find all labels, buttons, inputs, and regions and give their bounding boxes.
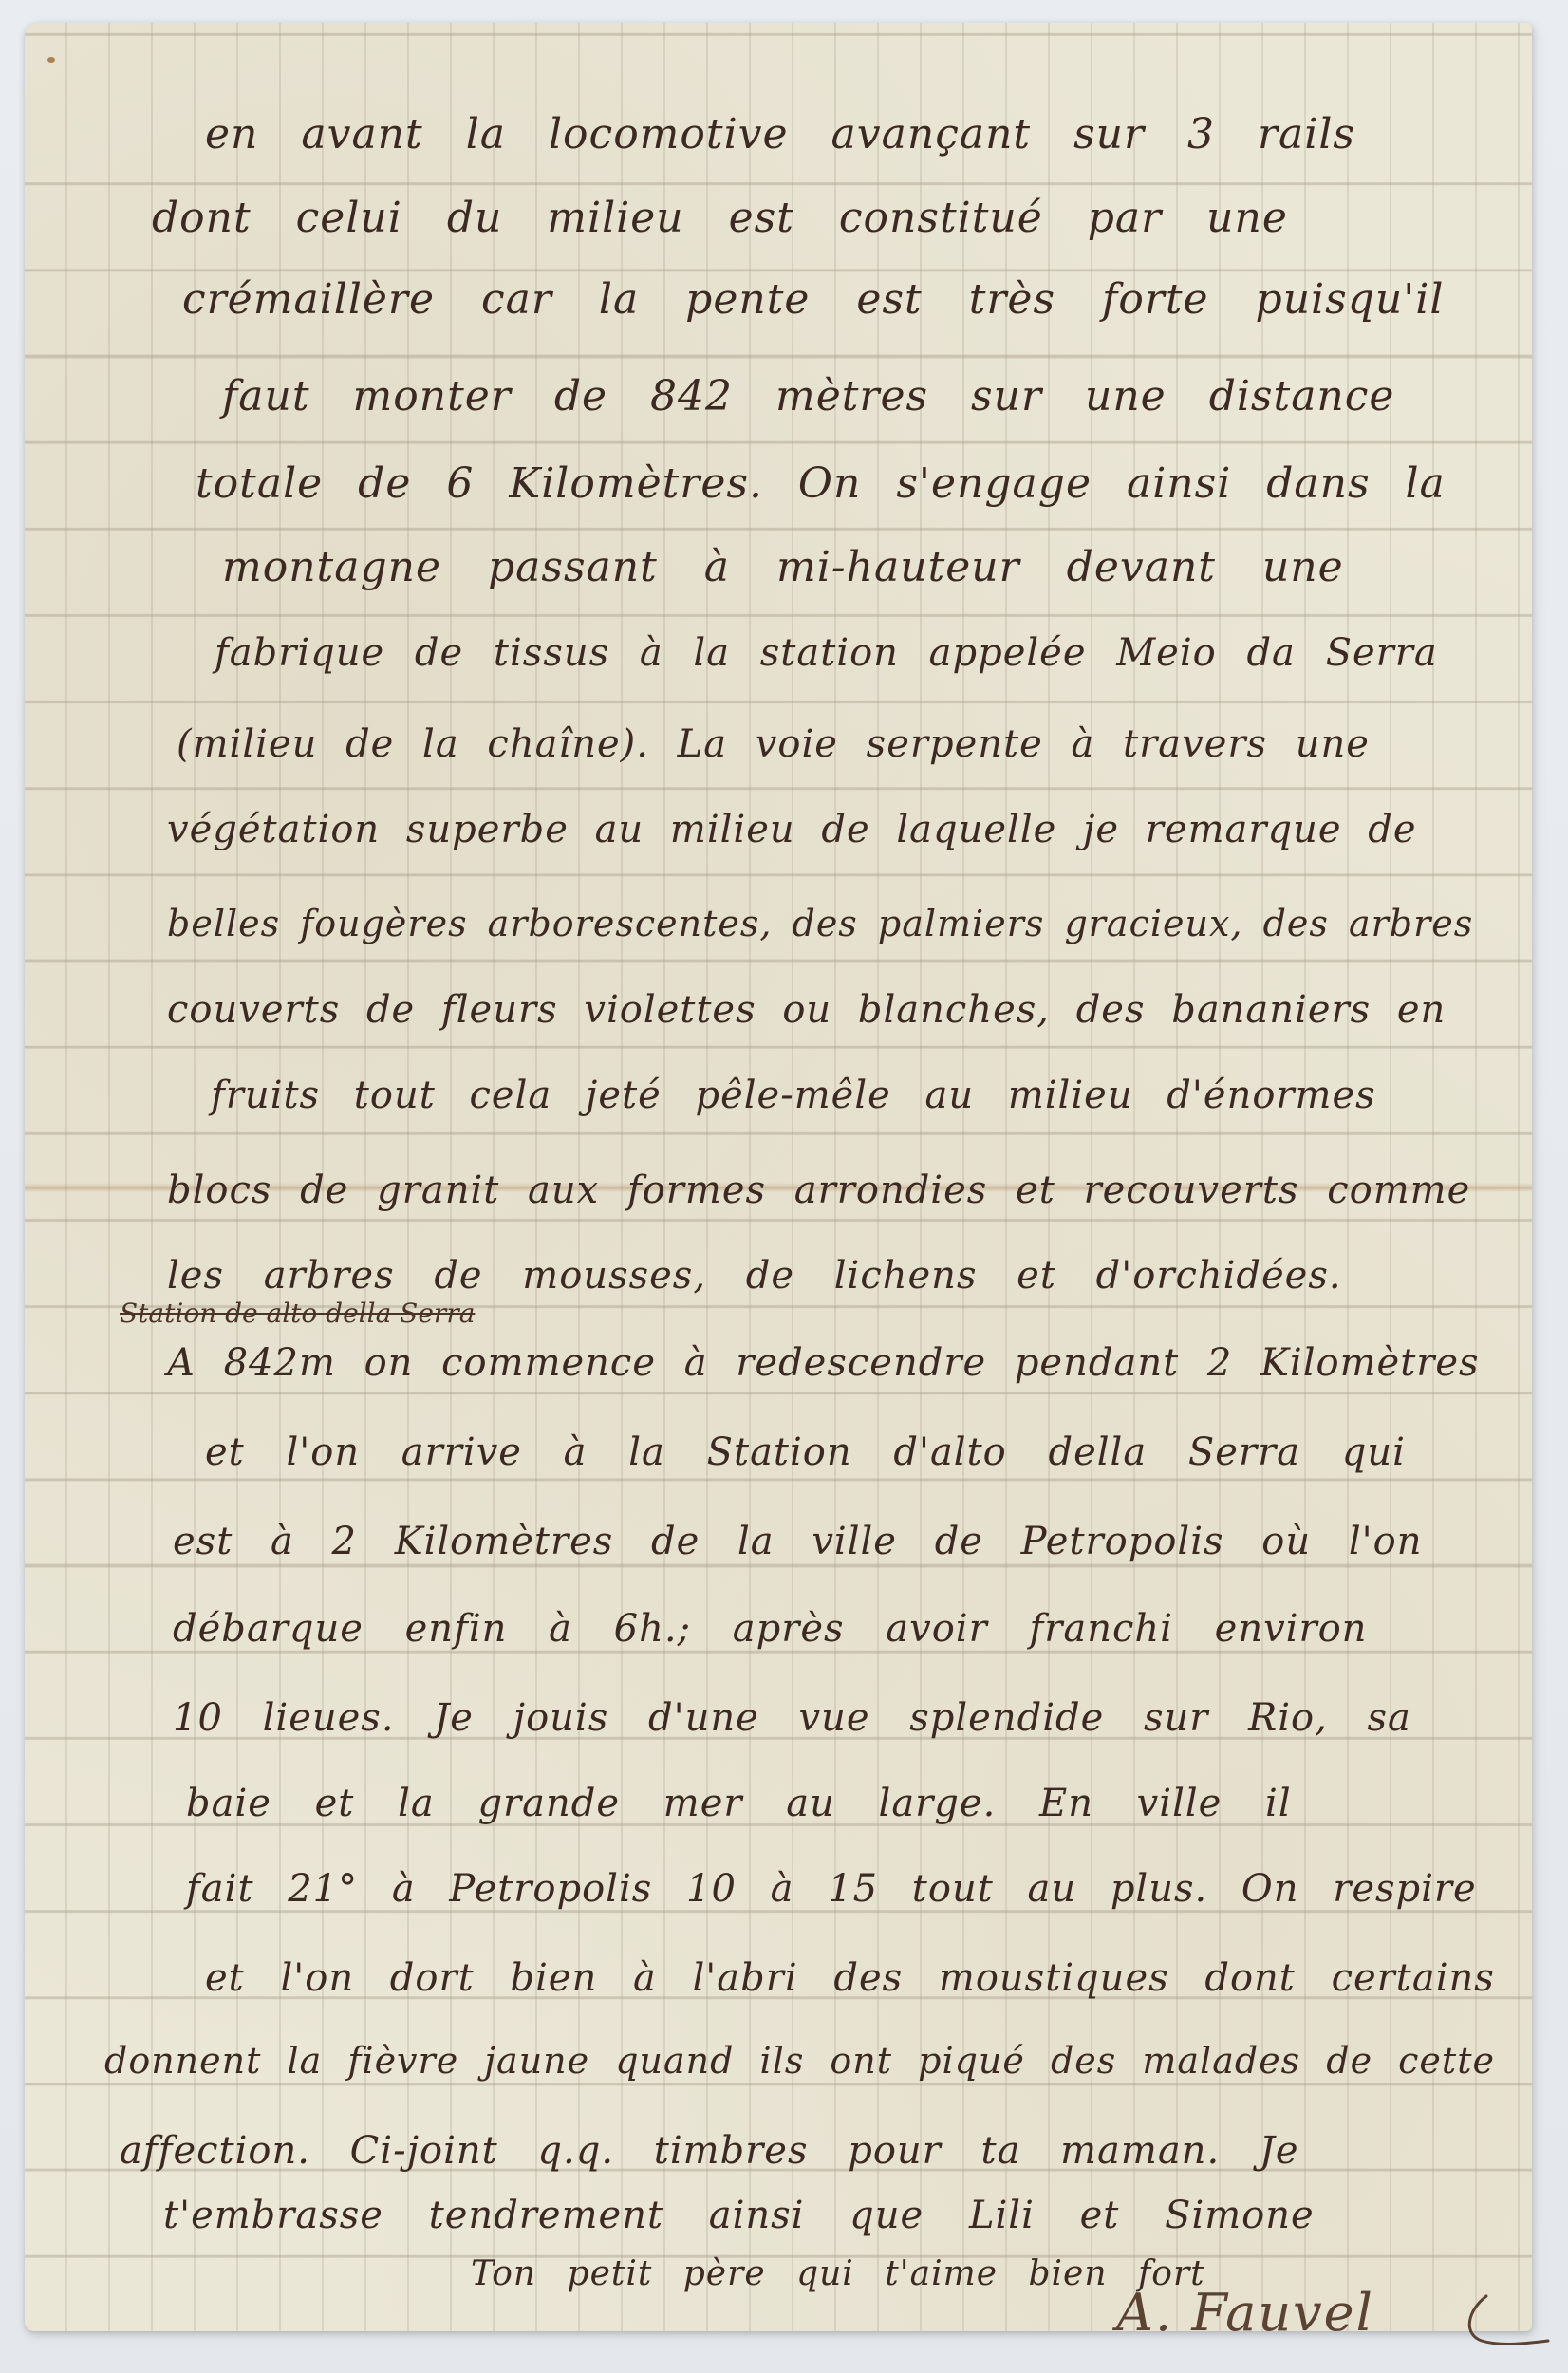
signature: A. Fauvel [1116,2288,1374,2339]
text-line-8: (milieu de la chaîne). La voie serpente … [177,725,1370,763]
text-line-4: faut monter de 842 mètres sur une distan… [222,376,1394,418]
signature-flourish-icon [1458,2291,1553,2348]
text-line-6: montagne passant à mi-hauteur devant une [222,547,1344,589]
text-line-24: affection. Ci-joint q.q. timbres pour ta… [120,2132,1299,2170]
text-line-19: 10 lieues. Je jouis d'une vue splendide … [173,1699,1411,1737]
text-line-25: t'embrasse tendrement ainsi que Lili et … [163,2196,1315,2234]
letter-page: en avant la locomotive avançant sur 3 ra… [25,23,1532,2331]
text-line-22: et l'on dort bien à l'abri des moustique… [205,1959,1495,1997]
text-line-18: débarque enfin à 6h.; après avoir franch… [173,1610,1367,1648]
text-line-12: fruits tout cela jeté pêle-mêle au milie… [211,1076,1376,1114]
text-line-20: baie et la grande mer au large. En ville… [186,1784,1292,1822]
text-line-9: végétation superbe au milieu de laquelle… [167,811,1417,849]
text-line-5: totale de 6 Kilomètres. On s'engage ains… [196,463,1446,505]
text-line-1: en avant la locomotive avançant sur 3 ra… [205,114,1355,156]
text-line-10: belles fougères arborescentes, des palmi… [167,906,1473,942]
closing-line: Ton petit père qui t'aime bien fort [471,2257,1205,2291]
text-line-17: est à 2 Kilomètres de la ville de Petrop… [173,1523,1422,1560]
text-line-16: et l'on arrive à la Station d'alto della… [205,1433,1406,1471]
ink-stain-spot [47,57,55,63]
text-line-11: couverts de fleurs violettes ou blanches… [167,991,1446,1029]
text-line-23: donnent la fièvre jaune quand ils ont pi… [104,2043,1495,2079]
text-line-3: crémaillère car la pente est très forte … [182,279,1444,321]
text-line-14: les arbres de mousses, de lichens et d'o… [167,1257,1342,1295]
text-line-21: fait 21° à Petropolis 10 à 15 tout au pl… [186,1870,1477,1908]
struck-through-note: Station de alto della Serra [120,1300,475,1327]
text-line-2: dont celui du milieu est constitué par u… [152,197,1288,239]
text-line-13: blocs de granit aux formes arrondies et … [167,1171,1470,1209]
text-line-7: fabrique de tissus à la station appelée … [215,634,1438,672]
text-line-15: A 842m on commence à redescendre pendant… [167,1344,1480,1382]
